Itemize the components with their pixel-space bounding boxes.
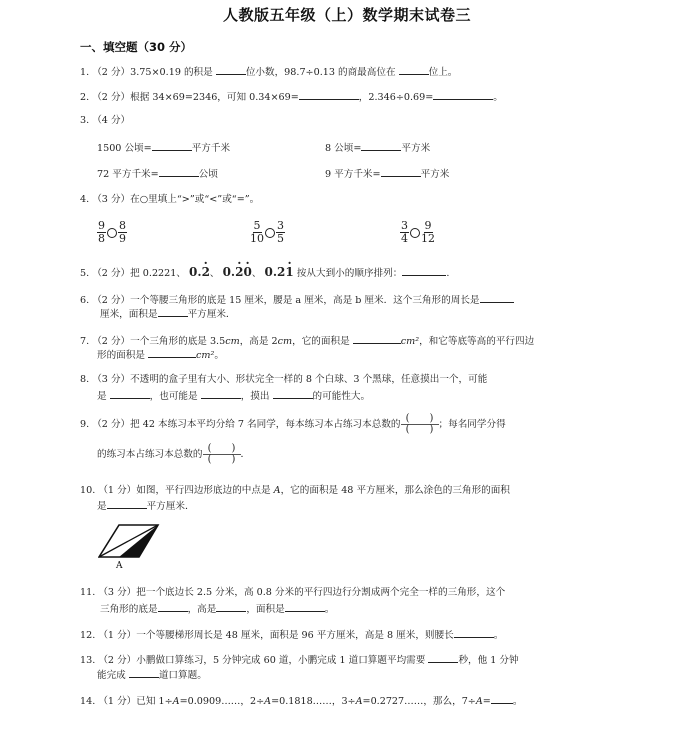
q3-item-1: 1500 公顷=平方千米 xyxy=(97,140,230,155)
question-10-cont: 是平方厘米． xyxy=(97,498,195,513)
question-13-cont: 能完成 道口算题。 xyxy=(97,667,207,682)
question-5: 5. （2 分）把 0.2221、 0.2、 0.20、 0.21 按从大到小的… xyxy=(80,265,449,280)
question-7-cont: 形的面积是 cm²。 xyxy=(97,347,224,362)
fraction: 89 xyxy=(118,220,127,245)
question-text: 把 42 本练习本平均分给 7 名同学，每本练习本占练习本总数的 xyxy=(130,419,400,430)
question-number: 10. xyxy=(80,485,95,496)
question-text: 平方米 xyxy=(421,169,450,180)
question-14: 14. （1 分）已知 1÷A=0.0909……，2÷A=0.1818……，3÷… xyxy=(80,693,522,708)
answer-blank[interactable] xyxy=(159,166,199,177)
question-2: 2. （2 分）根据 34×69=2346，可知 0.34×69=，2.346÷… xyxy=(80,89,503,104)
question-score: （2 分） xyxy=(92,336,130,347)
question-number: 3. xyxy=(80,115,89,126)
answer-blank[interactable] xyxy=(353,333,401,344)
question-text: 平方米 xyxy=(401,143,430,154)
question-text: 已知 1÷ xyxy=(136,696,172,707)
question-text: 1500 公顷= xyxy=(97,143,152,154)
answer-blank[interactable] xyxy=(158,306,188,317)
question-text: ，和它等底等高的平行四边 xyxy=(419,336,534,347)
answer-blank[interactable] xyxy=(361,140,401,151)
question-number: 11. xyxy=(80,587,95,598)
answer-blank[interactable] xyxy=(129,667,159,678)
question-8-cont: 是 ，也可能是 ，摸出 的可能性大。 xyxy=(97,388,370,403)
question-text: 位上。 xyxy=(429,67,458,78)
question-score: （2 分） xyxy=(92,295,130,306)
exam-title: 人教版五年级（上）数学期末试卷三 xyxy=(0,4,694,25)
question-score: （3 分） xyxy=(92,374,130,385)
question-text: ，2.346÷0.69= xyxy=(359,92,434,103)
question-score: （1 分） xyxy=(98,485,136,496)
question-text: 平方千米 xyxy=(192,143,230,154)
question-text: 3.75×0.19 的积是 xyxy=(130,67,213,78)
question-text: 公顷 xyxy=(199,169,218,180)
point-a-label: A xyxy=(115,561,123,570)
section-heading-fill-in: 一、填空题（30 分） xyxy=(80,39,192,55)
q4-compare-3: 34912 xyxy=(400,220,435,245)
fraction: 510 xyxy=(250,220,264,245)
question-10: 10. （1 分）如图，平行四边形底边的中点是 A，它的面积是 48 平方厘米，… xyxy=(80,484,510,497)
question-text: 如图，平行四边形底边的中点是 xyxy=(136,485,270,496)
question-number: 13. xyxy=(80,655,95,666)
answer-blank[interactable] xyxy=(454,627,494,638)
question-score: （2 分） xyxy=(92,92,130,103)
question-12: 12. （1 分）一个等腰梯形周长是 48 厘米，面积是 96 平方厘米，高是 … xyxy=(80,627,503,642)
question-11: 11. （3 分）把一个底边长 2.5 分米，高 0.8 分米的平行四边行分割成… xyxy=(80,586,505,599)
q3-item-3: 72 平方千米=公顷 xyxy=(97,166,218,181)
answer-blank[interactable] xyxy=(110,388,150,399)
q4-compare-2: 51035 xyxy=(250,220,285,245)
question-number: 5. xyxy=(80,268,89,279)
question-text: 形的面积是 xyxy=(97,350,145,361)
question-11-cont: 三角形的底是，高是，面积是。 xyxy=(100,601,334,616)
answer-blank[interactable] xyxy=(148,347,196,358)
question-9: 9. （2 分）把 42 本练习本平均分给 7 名同学，每本练习本占练习本总数的… xyxy=(80,414,506,435)
answer-blank[interactable] xyxy=(152,140,192,151)
question-text: 不透明的盒子里有大小、形状完全一样的 8 个白球、3 个黑球，任意摸出一个，可能 xyxy=(130,374,487,385)
question-text: 平方厘米． xyxy=(188,309,236,320)
question-score: （2 分） xyxy=(92,67,130,78)
question-number: 12. xyxy=(80,630,95,641)
question-number: 9. xyxy=(80,419,89,430)
parallelogram-figure: A xyxy=(98,522,160,573)
answer-blank[interactable] xyxy=(491,693,513,704)
fraction: 34 xyxy=(400,220,409,245)
question-score: （3 分） xyxy=(98,587,136,598)
question-score: （1 分） xyxy=(98,696,136,707)
question-number: 8. xyxy=(80,374,89,385)
question-text: 小鹏做口算练习，5 分钟完成 60 道，小鹏完成 1 道口算题平均需要 xyxy=(136,655,425,666)
answer-blank[interactable] xyxy=(299,89,359,100)
answer-blank[interactable] xyxy=(201,388,241,399)
question-text: 72 平方千米= xyxy=(97,169,159,180)
question-number: 14. xyxy=(80,696,95,707)
answer-blank[interactable] xyxy=(158,601,188,612)
question-text: 把一个底边长 2.5 分米，高 0.8 分米的平行四边行分割成两个完全一样的三角… xyxy=(136,587,505,598)
question-score: （2 分） xyxy=(92,268,130,279)
answer-blank[interactable] xyxy=(285,601,325,612)
answer-blank[interactable] xyxy=(273,388,313,399)
question-text: 在○里填上“>”或“<”或“=”。 xyxy=(130,194,259,205)
question-text: 一个等腰三角形的底是 15 厘米，腰是 a 厘米，高是 b 厘米．这个三角形的周… xyxy=(130,295,479,306)
question-6-cont: 厘米，面积是平方厘米． xyxy=(100,306,236,321)
q3-item-2: 8 公顷=平方米 xyxy=(325,140,430,155)
answer-blank[interactable] xyxy=(402,265,446,276)
question-text: ，它的面积是 48 平方厘米，那么涂色的三角形的面积 xyxy=(281,485,510,496)
question-score: （3 分） xyxy=(92,194,130,205)
question-number: 6. xyxy=(80,295,89,306)
question-text: ；每名同学分得 xyxy=(439,419,506,430)
answer-blank[interactable] xyxy=(480,292,514,303)
question-text: 一个三角形的底是 3.5 xyxy=(130,336,225,347)
answer-blank[interactable] xyxy=(216,64,246,75)
question-number: 7. xyxy=(80,336,89,347)
compare-circle[interactable] xyxy=(265,228,275,238)
q4-compare-1: 9889 xyxy=(97,220,127,245)
question-3: 3. （4 分） xyxy=(80,114,130,127)
answer-blank[interactable] xyxy=(399,64,429,75)
question-1: 1. （2 分）3.75×0.19 的积是 位小数，98.7÷0.13 的商最高… xyxy=(80,64,457,79)
question-text: 把 0.2221、 xyxy=(130,268,186,279)
question-text: 的练习本占练习本总数的 xyxy=(97,449,203,460)
question-7: 7. （2 分）一个三角形的底是 3.5cm，高是 2cm，它的面积是 cm²，… xyxy=(80,333,534,348)
repeating-decimal: 0.2 xyxy=(189,265,210,279)
question-13: 13. （2 分）小鹏做口算练习，5 分钟完成 60 道，小鹏完成 1 道口算题… xyxy=(80,652,519,667)
q3-item-4: 9 平方千米=平方米 xyxy=(325,166,449,181)
answer-blank[interactable] xyxy=(216,601,246,612)
repeating-decimal: 0.20 xyxy=(223,265,252,279)
question-score: （1 分） xyxy=(98,630,136,641)
question-9-cont: 的练习本占练习本总数的( )( )． xyxy=(97,444,250,465)
question-text: 9 平方千米= xyxy=(325,169,381,180)
answer-blank[interactable] xyxy=(381,166,421,177)
fraction: 35 xyxy=(276,220,285,245)
question-score: （2 分） xyxy=(98,655,136,666)
question-text: 厘米，面积是 xyxy=(100,309,158,320)
repeating-decimal: 0.21 xyxy=(264,265,293,279)
fraction-blank[interactable]: ( )( ) xyxy=(203,444,241,465)
question-text: 一个等腰梯形周长是 48 厘米，面积是 96 平方厘米，高是 8 厘米，则腰长 xyxy=(136,630,453,641)
question-text: 。 xyxy=(493,92,503,103)
question-number: 1. xyxy=(80,67,89,78)
question-number: 2. xyxy=(80,92,89,103)
question-text: 根据 34×69=2346，可知 0.34×69= xyxy=(130,92,299,103)
question-text: 秒，他 1 分钟 xyxy=(458,655,518,666)
question-number: 4. xyxy=(80,194,89,205)
question-text: 按从大到小的顺序排列： xyxy=(297,268,403,279)
answer-blank[interactable] xyxy=(433,89,493,100)
compare-circle[interactable] xyxy=(410,228,420,238)
question-text: 8 公顷= xyxy=(325,143,361,154)
question-score: （4 分） xyxy=(92,115,130,126)
compare-circle[interactable] xyxy=(107,228,117,238)
question-4: 4. （3 分）在○里填上“>”或“<”或“=”。 xyxy=(80,193,259,206)
question-8: 8. （3 分）不透明的盒子里有大小、形状完全一样的 8 个白球、3 个黑球，任… xyxy=(80,373,487,386)
question-score: （2 分） xyxy=(92,419,130,430)
fraction: 98 xyxy=(97,220,106,245)
answer-blank[interactable] xyxy=(428,652,458,663)
question-6: 6. （2 分）一个等腰三角形的底是 15 厘米，腰是 a 厘米，高是 b 厘米… xyxy=(80,292,514,307)
fraction-blank[interactable]: ( )( ) xyxy=(401,414,439,435)
fraction: 912 xyxy=(421,220,435,245)
question-text: 位小数，98.7÷0.13 的商最高位在 xyxy=(246,67,396,78)
answer-blank[interactable] xyxy=(107,498,147,509)
